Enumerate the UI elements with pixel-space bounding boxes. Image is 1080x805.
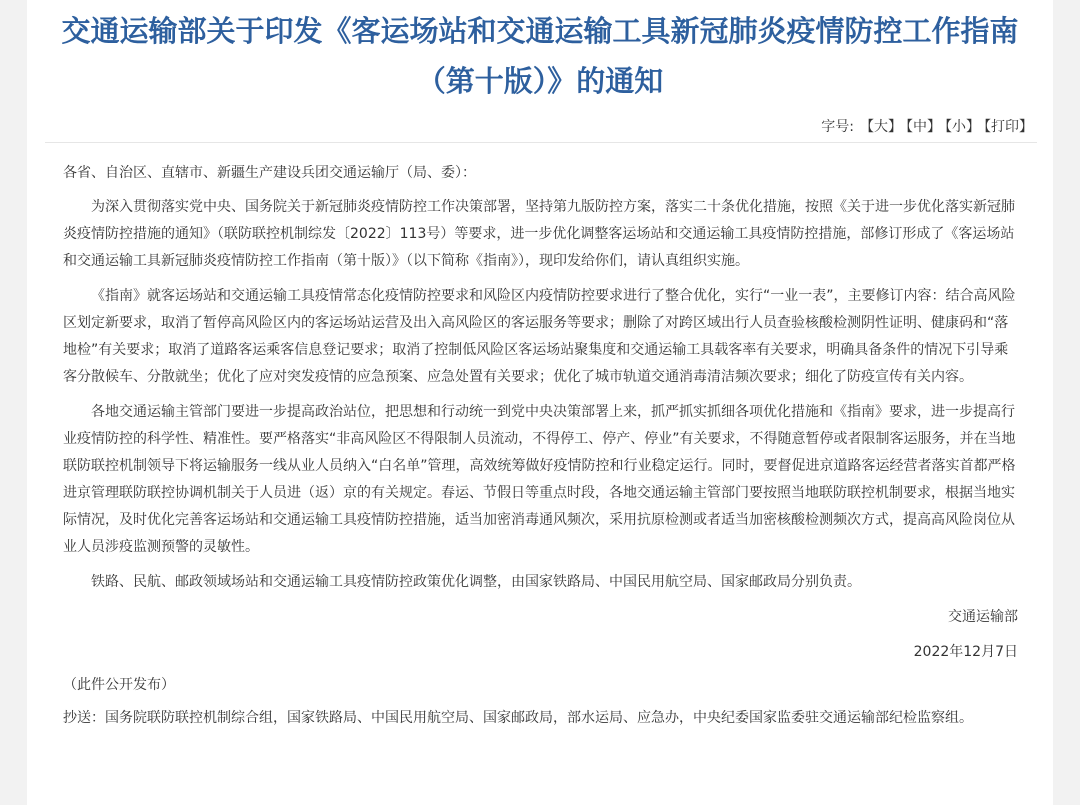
article-page: 交通运输部关于印发《客运场站和交通运输工具新冠肺炎疫情防控工作指南（第十版）》的… <box>27 0 1053 805</box>
salutation: 各省、自治区、直辖市、新疆生产建设兵团交通运输厅（局、委）： <box>63 160 1018 187</box>
print-button[interactable]: 【打印】 <box>984 119 1033 135</box>
body-paragraph-1: 为深入贯彻落实党中央、国务院关于新冠肺炎疫情防控工作决策部署，坚持第九版防控方案… <box>63 194 1018 275</box>
body-paragraph-2: 《指南》就客运场站和交通运输工具疫情常态化疫情防控要求和风险区内疫情防控要求进行… <box>63 283 1018 391</box>
article-title: 交通运输部关于印发《客运场站和交通运输工具新冠肺炎疫情防控工作指南（第十版）》的… <box>27 0 1053 106</box>
font-size-large-button[interactable]: 【大】 <box>860 119 902 135</box>
issue-date: 2022年12月7日 <box>63 639 1018 666</box>
cc-list: 抄送：国务院联防联控机制综合组，国家铁路局、中国民用航空局、国家邮政局，部水运局… <box>63 705 1018 732</box>
body-paragraph-4: 铁路、民航、邮政领域场站和交通运输工具疫情防控政策优化调整，由国家铁路局、中国民… <box>63 569 1018 596</box>
font-size-label: 字号: <box>821 119 854 135</box>
font-size-medium-button[interactable]: 【中】 <box>906 119 941 135</box>
title-divider <box>45 142 1037 143</box>
font-size-small-button[interactable]: 【小】 <box>945 119 980 135</box>
signature: 交通运输部 <box>63 604 1018 631</box>
public-release-note: （此件公开发布） <box>63 672 1018 699</box>
font-size-toolbar: 字号:【大】【中】【小】【打印】 <box>821 116 1033 138</box>
article-body: 各省、自治区、直辖市、新疆生产建设兵团交通运输厅（局、委）： 为深入贯彻落实党中… <box>63 160 1018 740</box>
body-paragraph-3: 各地交通运输主管部门要进一步提高政治站位，把思想和行动统一到党中央决策部署上来，… <box>63 399 1018 561</box>
